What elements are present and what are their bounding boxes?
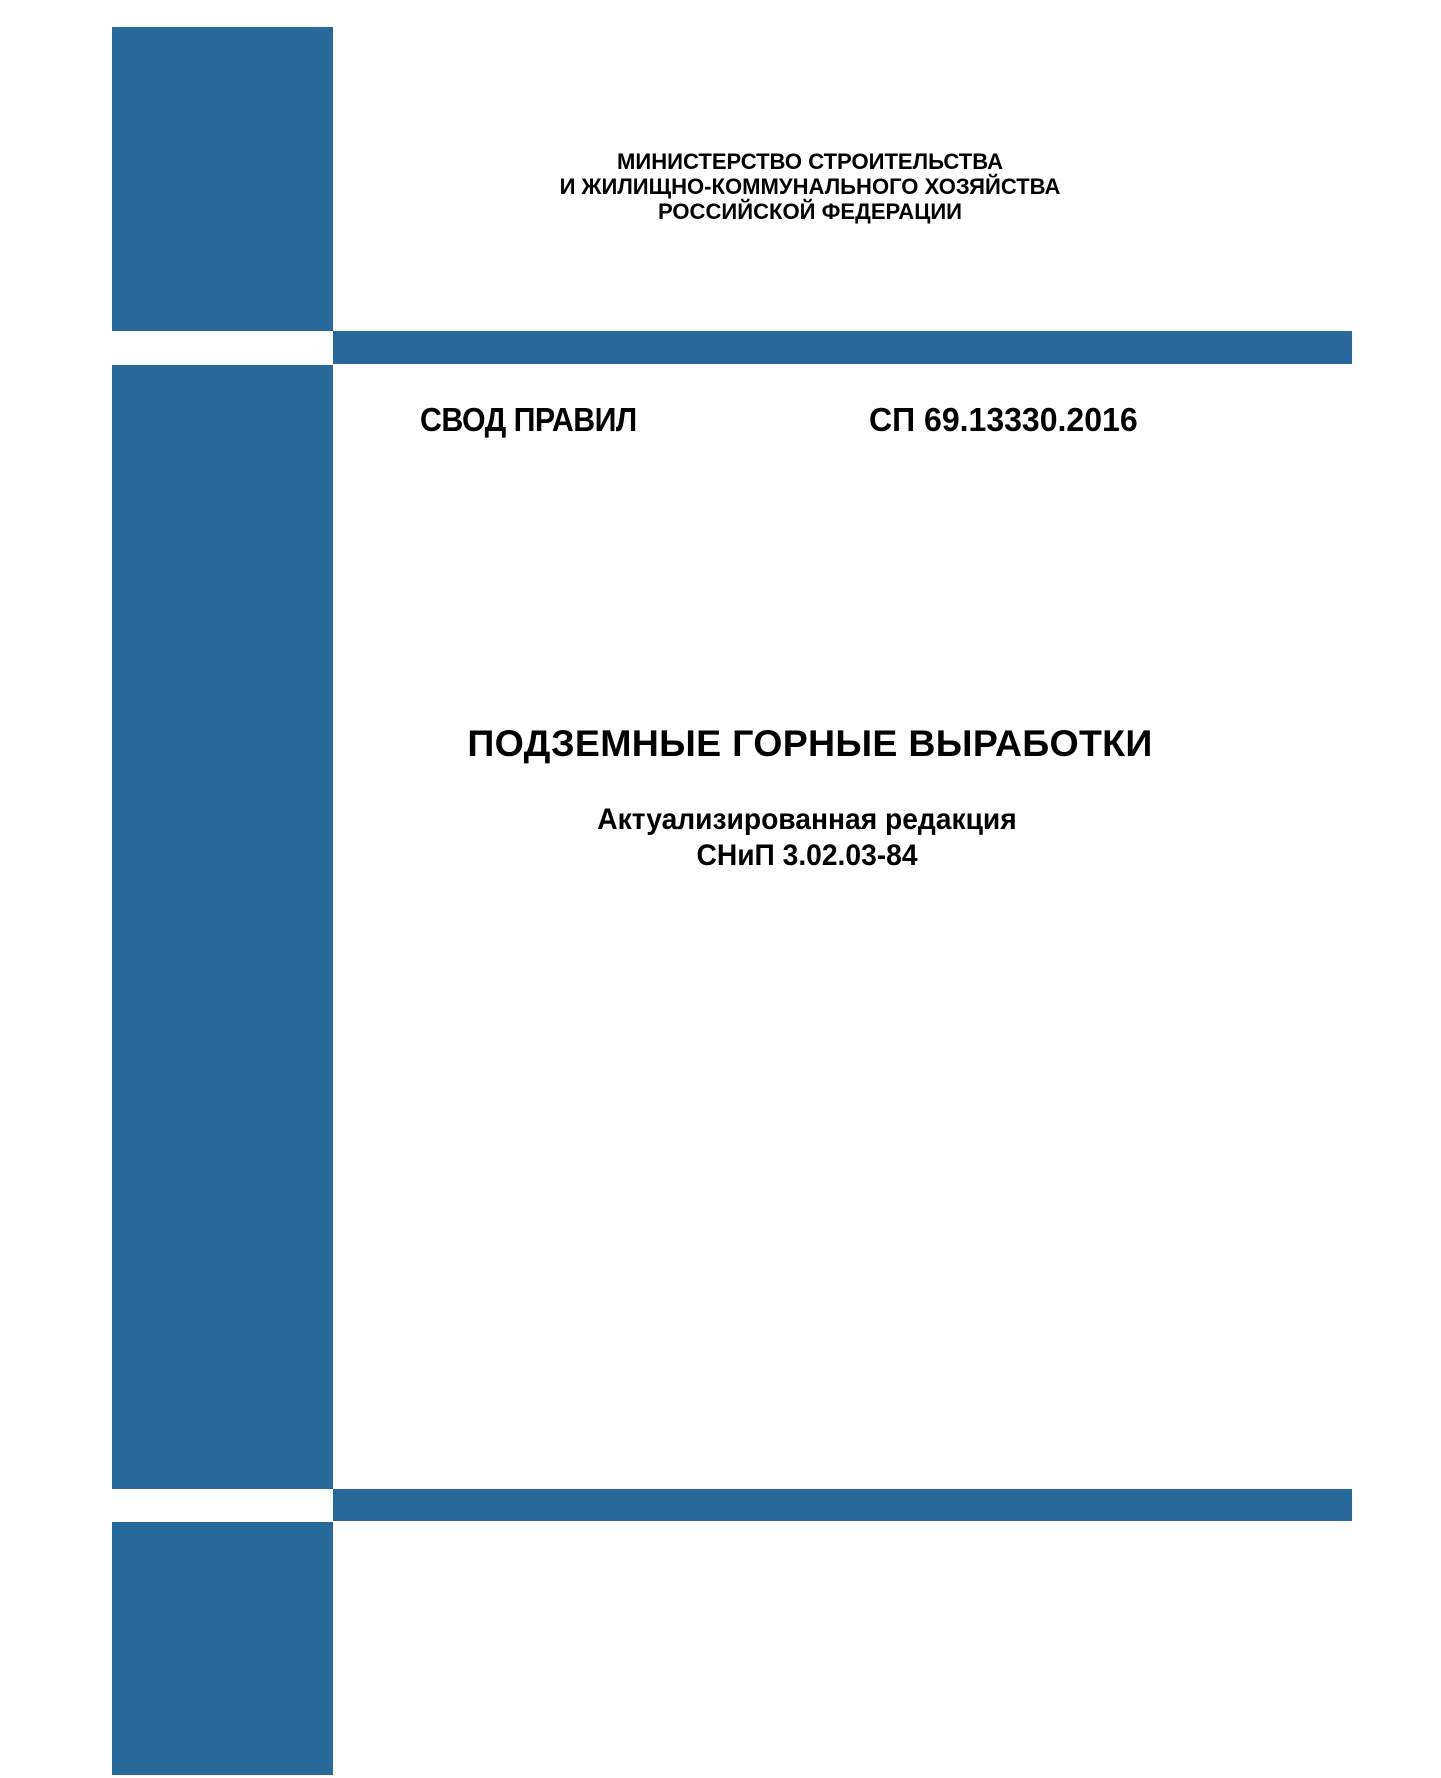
- ministry-line-2: И ЖИЛИЩНО-КОММУНАЛЬНОГО ХОЗЯЙСТВА: [516, 174, 1104, 199]
- left-column-middle-block: [112, 365, 333, 1489]
- ministry-line-3: РОССИЙСКОЙ ФЕДЕРАЦИИ: [516, 199, 1104, 224]
- lower-horizontal-bar: [333, 1489, 1352, 1521]
- ministry-line-1: МИНИСТЕРСТВО СТРОИТЕЛЬСТВА: [516, 149, 1104, 174]
- document-subtitle: Актуализированная редакция СНиП 3.02.03-…: [431, 802, 1183, 874]
- document-title: ПОДЗЕМНЫЕ ГОРНЫЕ ВЫРАБОТКИ: [330, 720, 1290, 766]
- ministry-header: МИНИСТЕРСТВО СТРОИТЕЛЬСТВА И ЖИЛИЩНО-КОМ…: [516, 149, 1104, 224]
- document-cover: МИНИСТЕРСТВО СТРОИТЕЛЬСТВА И ЖИЛИЩНО-КОМ…: [0, 0, 1441, 1778]
- superseded-code: СНиП 3.02.03-84: [431, 838, 1183, 874]
- left-column-top-block: [112, 27, 333, 331]
- upper-horizontal-bar: [333, 331, 1352, 364]
- left-column-bottom-block: [112, 1522, 333, 1775]
- code-number: СП 69.13330.2016: [869, 400, 1138, 440]
- edition-label: Актуализированная редакция: [431, 802, 1183, 838]
- code-label: СВОД ПРАВИЛ: [420, 400, 637, 440]
